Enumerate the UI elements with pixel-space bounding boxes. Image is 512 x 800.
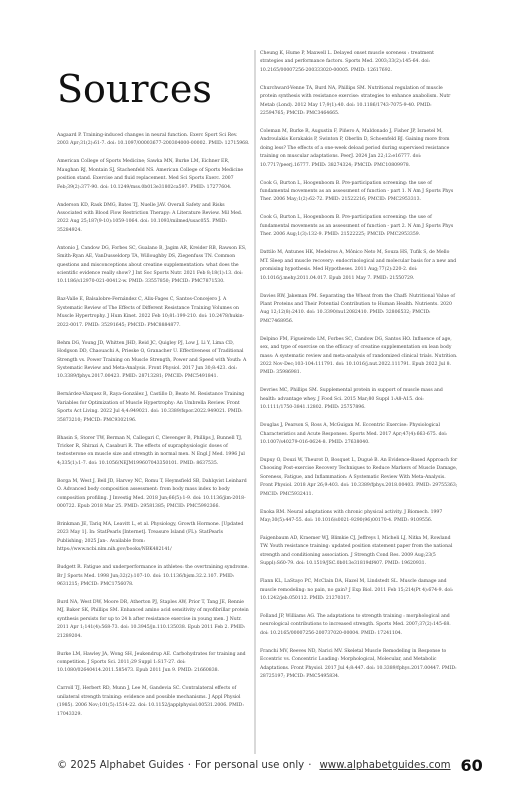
reference-item: Enoka RM. Neural adaptations with chroni… [260, 509, 458, 526]
reference-item: Flann KL, LaStayo PC, McClain DA, Hazel … [260, 578, 458, 603]
website-link[interactable]: www.alphabetguides.com [319, 760, 450, 771]
reference-item: Brinkman JE, Tariq MA, Leavitt L, et al.… [57, 521, 250, 555]
reference-item: American College of Sports Medicine; Saw… [57, 158, 250, 192]
reference-item: Churchward-Venne TA, Burd NA, Phillips S… [260, 85, 458, 119]
reference-item: Aagaard P. Training-induced changes in n… [57, 132, 250, 149]
page-footer: © 2025 Alphabet Guides · For personal us… [57, 753, 507, 777]
references-right-column: Cheung K, Hume P, Maxwell L. Delayed ons… [260, 50, 458, 691]
reference-item: Anderson KD, Rask DMG, Bates TJ, Nuelle … [57, 202, 250, 236]
page-title: Sources [57, 70, 212, 108]
reference-item: Behm DG, Young JD, Whitten JHD, Reid JC,… [57, 340, 250, 382]
references-left-column: Aagaard P. Training-induced changes in n… [57, 132, 250, 729]
reference-item: Devries MC, Phillips SM. Supplemental pr… [260, 387, 458, 412]
reference-item: Bhasin S, Storer TW, Berman N, Callegari… [57, 435, 250, 469]
reference-item: Douglas J, Pearson S, Ross A, McGuigan M… [260, 422, 458, 447]
column-divider [254, 50, 256, 754]
reference-item: Cook G, Burton L, Hoogenboom B. Pre-part… [260, 214, 458, 239]
usage-notice: For personal use only [195, 760, 304, 771]
reference-item: Franchi MV, Reeves ND, Narici MV. Skelet… [260, 648, 458, 682]
reference-item: Carroll TJ, Herbert RD, Munn J, Lee M, G… [57, 685, 250, 719]
footer-separator: · [188, 760, 191, 771]
reference-item: Dattilo M, Antunes HK, Medeiros A, Mônic… [260, 249, 458, 283]
reference-item: Burke LM, Hawley JA, Wong SH, Jeukendrup… [57, 651, 250, 676]
footer-separator: · [308, 760, 311, 771]
reference-item: Folland JP, Williams AG. The adaptations… [260, 613, 458, 638]
reference-item: Burd NA, West DW, Moore DR, Atherton PJ,… [57, 599, 250, 641]
reference-item: Borga M, West J, Bell JD, Harvey NC, Rom… [57, 478, 250, 512]
reference-item: Coleman M, Burke R, Augustin F, Piñero A… [260, 128, 458, 170]
reference-item: Baz-Valle E, Balsalobre-Fernández C, Ali… [57, 296, 250, 330]
reference-item: Cheung K, Hume P, Maxwell L. Delayed ons… [260, 50, 458, 75]
page-number: 60 [461, 756, 483, 775]
reference-item: Faigenbaum AD, Kraemer WJ, Blimkie CJ, J… [260, 535, 458, 569]
reference-item: Budgett R. Fatigue and underperformance … [57, 564, 250, 589]
reference-item: Davies RW, Jakeman PM. Separating the Wh… [260, 293, 458, 327]
reference-item: Bernárdez-Vázquez R, Raya-González J, Ca… [57, 391, 250, 425]
reference-item: Delpino FM, Figueiredo LM, Forbes SC, Ca… [260, 336, 458, 378]
reference-item: Dupuy O, Douzi W, Theurot D, Bosquet L, … [260, 457, 458, 499]
copyright-text: © 2025 Alphabet Guides [57, 760, 184, 771]
reference-item: Antonio J, Candow DG, Forbes SC, Gualano… [57, 245, 250, 287]
reference-item: Cook G, Burton L, Hoogenboom B. Pre-part… [260, 180, 458, 205]
